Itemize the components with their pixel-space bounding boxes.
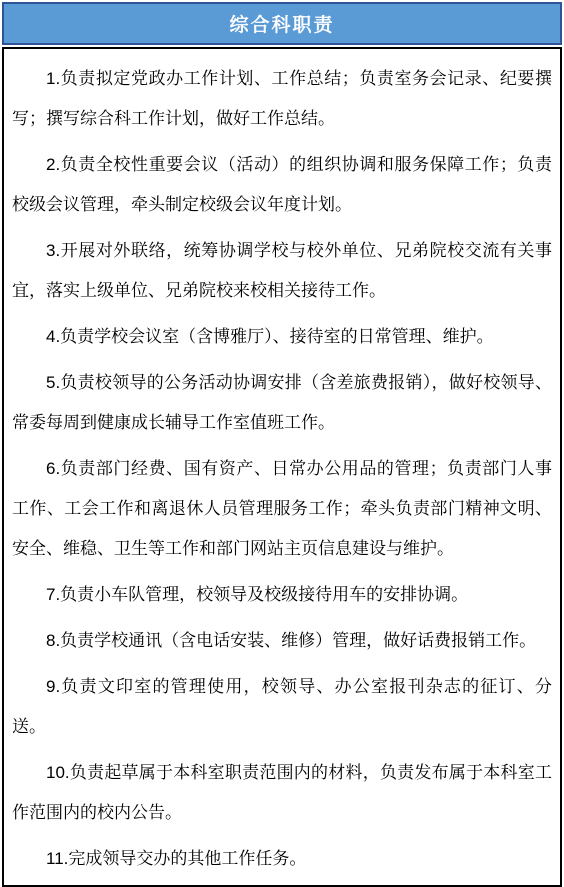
section-title-bar: 综合科职责 [2, 2, 562, 45]
duty-item-11: 11.完成领导交办的其他工作任务。 [12, 839, 552, 879]
page-title: 综合科职责 [229, 10, 334, 37]
duty-item-3: 3.开展对外联络，统筹协调学校与校外单位、兄弟院校交流有关事宜，落实上级单位、兄… [12, 231, 552, 311]
duty-item-5: 5.负责校领导的公务活动协调安排（含差旅费报销），做好校领导、常委每周到健康成长… [12, 363, 552, 443]
duty-item-10: 10.负责起草属于本科室职责范围内的材料，负责发布属于本科室工作范围内的校内公告… [12, 753, 552, 833]
duties-content-box: 1.负责拟定党政办工作计划、工作总结；负责室务会记录、纪要撰写；撰写综合科工作计… [2, 47, 562, 887]
duty-item-8: 8.负责学校通讯（含电话安装、维修）管理，做好话费报销工作。 [12, 621, 552, 661]
document-page: 综合科职责 1.负责拟定党政办工作计划、工作总结；负责室务会记录、纪要撰写；撰写… [2, 2, 562, 887]
duty-item-7: 7.负责小车队管理，校领导及校级接待用车的安排协调。 [12, 575, 552, 615]
duty-item-6: 6.负责部门经费、国有资产、日常办公用品的管理；负责部门人事工作、工会工作和离退… [12, 449, 552, 569]
duty-item-1: 1.负责拟定党政办工作计划、工作总结；负责室务会记录、纪要撰写；撰写综合科工作计… [12, 59, 552, 139]
duty-item-9: 9.负责文印室的管理使用，校领导、办公室报刊杂志的征订、分送。 [12, 667, 552, 747]
duty-item-4: 4.负责学校会议室（含博雅厅）、接待室的日常管理、维护。 [12, 317, 552, 357]
duty-item-2: 2.负责全校性重要会议（活动）的组织协调和服务保障工作；负责校级会议管理，牵头制… [12, 145, 552, 225]
